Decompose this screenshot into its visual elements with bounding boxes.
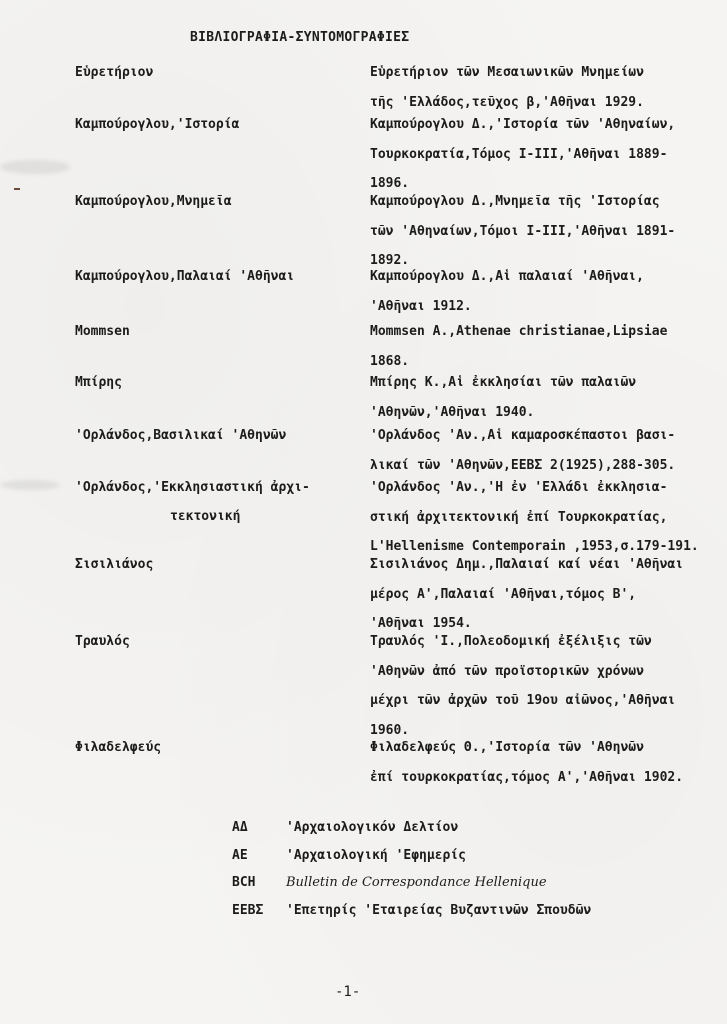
entry-short-title: 'Ορλάνδος,'Εκκλησιαστική ἀρχι-τεκτονική: [75, 473, 355, 531]
entry-full-citation: 'Ορλάνδος 'Αν.,'Η ἐν 'Ελλάδι ἐκκλησια-στ…: [370, 473, 725, 562]
entry-full-citation: Φιλαδελφεύς Θ.,'Ιστορία τῶν 'Αθηνῶνἐπί τ…: [370, 733, 725, 792]
entry-short-title: Καμπούρογλου,Παλαιαί 'Αθῆναι: [75, 262, 355, 291]
citation-line: 'Ορλάνδος 'Αν.,Αἱ καμαροσκέπαστοι βασι-: [370, 421, 725, 451]
entry-full-citation: Εὑρετήριον τῶν Μεσαιωνικῶν Μνημείωντῆς '…: [370, 58, 725, 117]
abbreviations-list: ΑΔ 'Αρχαιολογικόν Δελτίον ΑΕ 'Αρχαιολογι…: [232, 814, 591, 924]
short-title-line: 'Ορλάνδος,Βασιλικαί 'Αθηνῶν: [75, 421, 355, 450]
entry-short-title: 'Ορλάνδος,Βασιλικαί 'Αθηνῶν: [75, 421, 355, 450]
abbreviation-row: ΑΕ 'Αρχαιολογική 'Εφημερίς: [232, 842, 591, 870]
citation-line: Mommsen A.,Athenae christianae,Lipsiae: [370, 317, 725, 347]
entry-full-citation: Τραυλός 'Ι.,Πολεοδομική ἐξέλιξις τῶν'Αθη…: [370, 627, 725, 745]
abbreviation-key: ΑΔ: [232, 820, 286, 835]
abbreviation-value: Bulletin de Correspondance Hellenique: [286, 875, 547, 890]
citation-line: Τουρκοκρατία,Τόμος Ι-ΙΙΙ,'Αθῆναι 1889-: [370, 140, 725, 170]
short-title-line: Καμπούρογλου,Μνημεῖα: [75, 187, 355, 216]
short-title-line: Καμπούρογλου,Παλαιαί 'Αθῆναι: [75, 262, 355, 291]
short-title-line: Εὑρετήριον: [75, 58, 355, 87]
entry-short-title: Καμπούρογλου,'Ιστορία: [75, 110, 355, 139]
short-title-line: Φιλαδελφεύς: [75, 733, 355, 762]
entry-short-title: Mommsen: [75, 317, 355, 346]
citation-line: 'Αθηνῶν ἀπό τῶν προϊστορικῶν χρόνων: [370, 657, 725, 687]
entry-full-citation: Καμπούρογλου Δ.,Αἱ παλαιαί 'Αθῆναι,'Αθῆν…: [370, 262, 725, 321]
citation-line: Εὑρετήριον τῶν Μεσαιωνικῶν Μνημείων: [370, 58, 725, 88]
short-title-line: τεκτονική: [75, 502, 355, 531]
citation-line: στική ἀρχιτεκτονική ἐπί Τουρκοκρατίας,: [370, 503, 725, 533]
short-title-line: Καμπούρογλου,'Ιστορία: [75, 110, 355, 139]
short-title-line: Τραυλός: [75, 627, 355, 656]
short-title-line: Mommsen: [75, 317, 355, 346]
abbreviation-row: ΕΕΒΣ 'Επετηρίς 'Εταιρείας Βυζαντινῶν Σπο…: [232, 897, 591, 925]
short-title-line: Μπίρης: [75, 368, 355, 397]
short-title-line: 'Ορλάνδος,'Εκκλησιαστική ἀρχι-: [75, 473, 355, 502]
document-title: ΒΙΒΛΙΟΓΡΑΦΙΑ-ΣΥΝΤΟΜΟΓΡΑΦΙΕΣ: [190, 30, 409, 45]
entry-short-title: Εὑρετήριον: [75, 58, 355, 87]
citation-line: Μπίρης Κ.,Αἱ ἐκκλησίαι τῶν παλαιῶν: [370, 368, 725, 398]
abbreviation-value: 'Επετηρίς 'Εταιρείας Βυζαντινῶν Σπουδῶν: [286, 903, 591, 918]
paper-smudge: [0, 160, 70, 174]
citation-line: μέχρι τῶν ἀρχῶν τοῦ 19ου αἰῶνος,'Αθῆναι: [370, 686, 725, 716]
entry-short-title: Φιλαδελφεύς: [75, 733, 355, 762]
abbreviation-row: BCH Bulletin de Correspondance Helleniqu…: [232, 869, 591, 897]
entry-short-title: Τραυλός: [75, 627, 355, 656]
citation-line: 'Ορλάνδος 'Αν.,'Η ἐν 'Ελλάδι ἐκκλησια-: [370, 473, 725, 503]
entry-full-citation: 'Ορλάνδος 'Αν.,Αἱ καμαροσκέπαστοι βασι-λ…: [370, 421, 725, 480]
abbreviation-key: ΑΕ: [232, 848, 286, 863]
citation-line: ἐπί τουρκοκρατίας,τόμος Α','Αθῆναι 1902.: [370, 763, 725, 793]
citation-line: Καμπούρογλου Δ.,Αἱ παλαιαί 'Αθῆναι,: [370, 262, 725, 292]
abbreviation-value: 'Αρχαιολογικόν Δελτίον: [286, 820, 458, 835]
abbreviation-key: BCH: [232, 875, 286, 890]
citation-line: μέρος Α',Παλαιαί 'Αθῆναι,τόμος Β',: [370, 580, 725, 610]
entry-short-title: Σισιλιάνος: [75, 550, 355, 579]
entry-full-citation: Σισιλιάνος Δημ.,Παλαιαί καί νέαι 'Αθῆναι…: [370, 550, 725, 639]
abbreviation-value: 'Αρχαιολογική 'Εφημερίς: [286, 848, 466, 863]
citation-line: Καμπούρογλου Δ.,'Ιστορία τῶν 'Αθηναίων,: [370, 110, 725, 140]
page-number: -1-: [335, 984, 360, 1000]
abbreviation-row: ΑΔ 'Αρχαιολογικόν Δελτίον: [232, 814, 591, 842]
paper-smudge: [0, 480, 60, 490]
ink-mark: [14, 188, 20, 190]
citation-line: τῶν 'Αθηναίων,Τόμοι Ι-ΙΙΙ,'Αθῆναι 1891-: [370, 217, 725, 247]
entry-full-citation: Μπίρης Κ.,Αἱ ἐκκλησίαι τῶν παλαιῶν'Αθηνῶ…: [370, 368, 725, 427]
citation-line: Σισιλιάνος Δημ.,Παλαιαί καί νέαι 'Αθῆναι: [370, 550, 725, 580]
document-page: ΒΙΒΛΙΟΓΡΑΦΙΑ-ΣΥΝΤΟΜΟΓΡΑΦΙΕΣ ΕὑρετήριονΕὑ…: [0, 0, 727, 1024]
entry-full-citation: Καμπούρογλου Δ.,'Ιστορία τῶν 'Αθηναίων,Τ…: [370, 110, 725, 199]
short-title-line: Σισιλιάνος: [75, 550, 355, 579]
citation-line: Τραυλός 'Ι.,Πολεοδομική ἐξέλιξις τῶν: [370, 627, 725, 657]
citation-line: Καμπούρογλου Δ.,Μνημεῖα τῆς 'Ιστορίας: [370, 187, 725, 217]
citation-line: Φιλαδελφεύς Θ.,'Ιστορία τῶν 'Αθηνῶν: [370, 733, 725, 763]
entry-short-title: Καμπούρογλου,Μνημεῖα: [75, 187, 355, 216]
abbreviation-key: ΕΕΒΣ: [232, 903, 286, 918]
entry-short-title: Μπίρης: [75, 368, 355, 397]
